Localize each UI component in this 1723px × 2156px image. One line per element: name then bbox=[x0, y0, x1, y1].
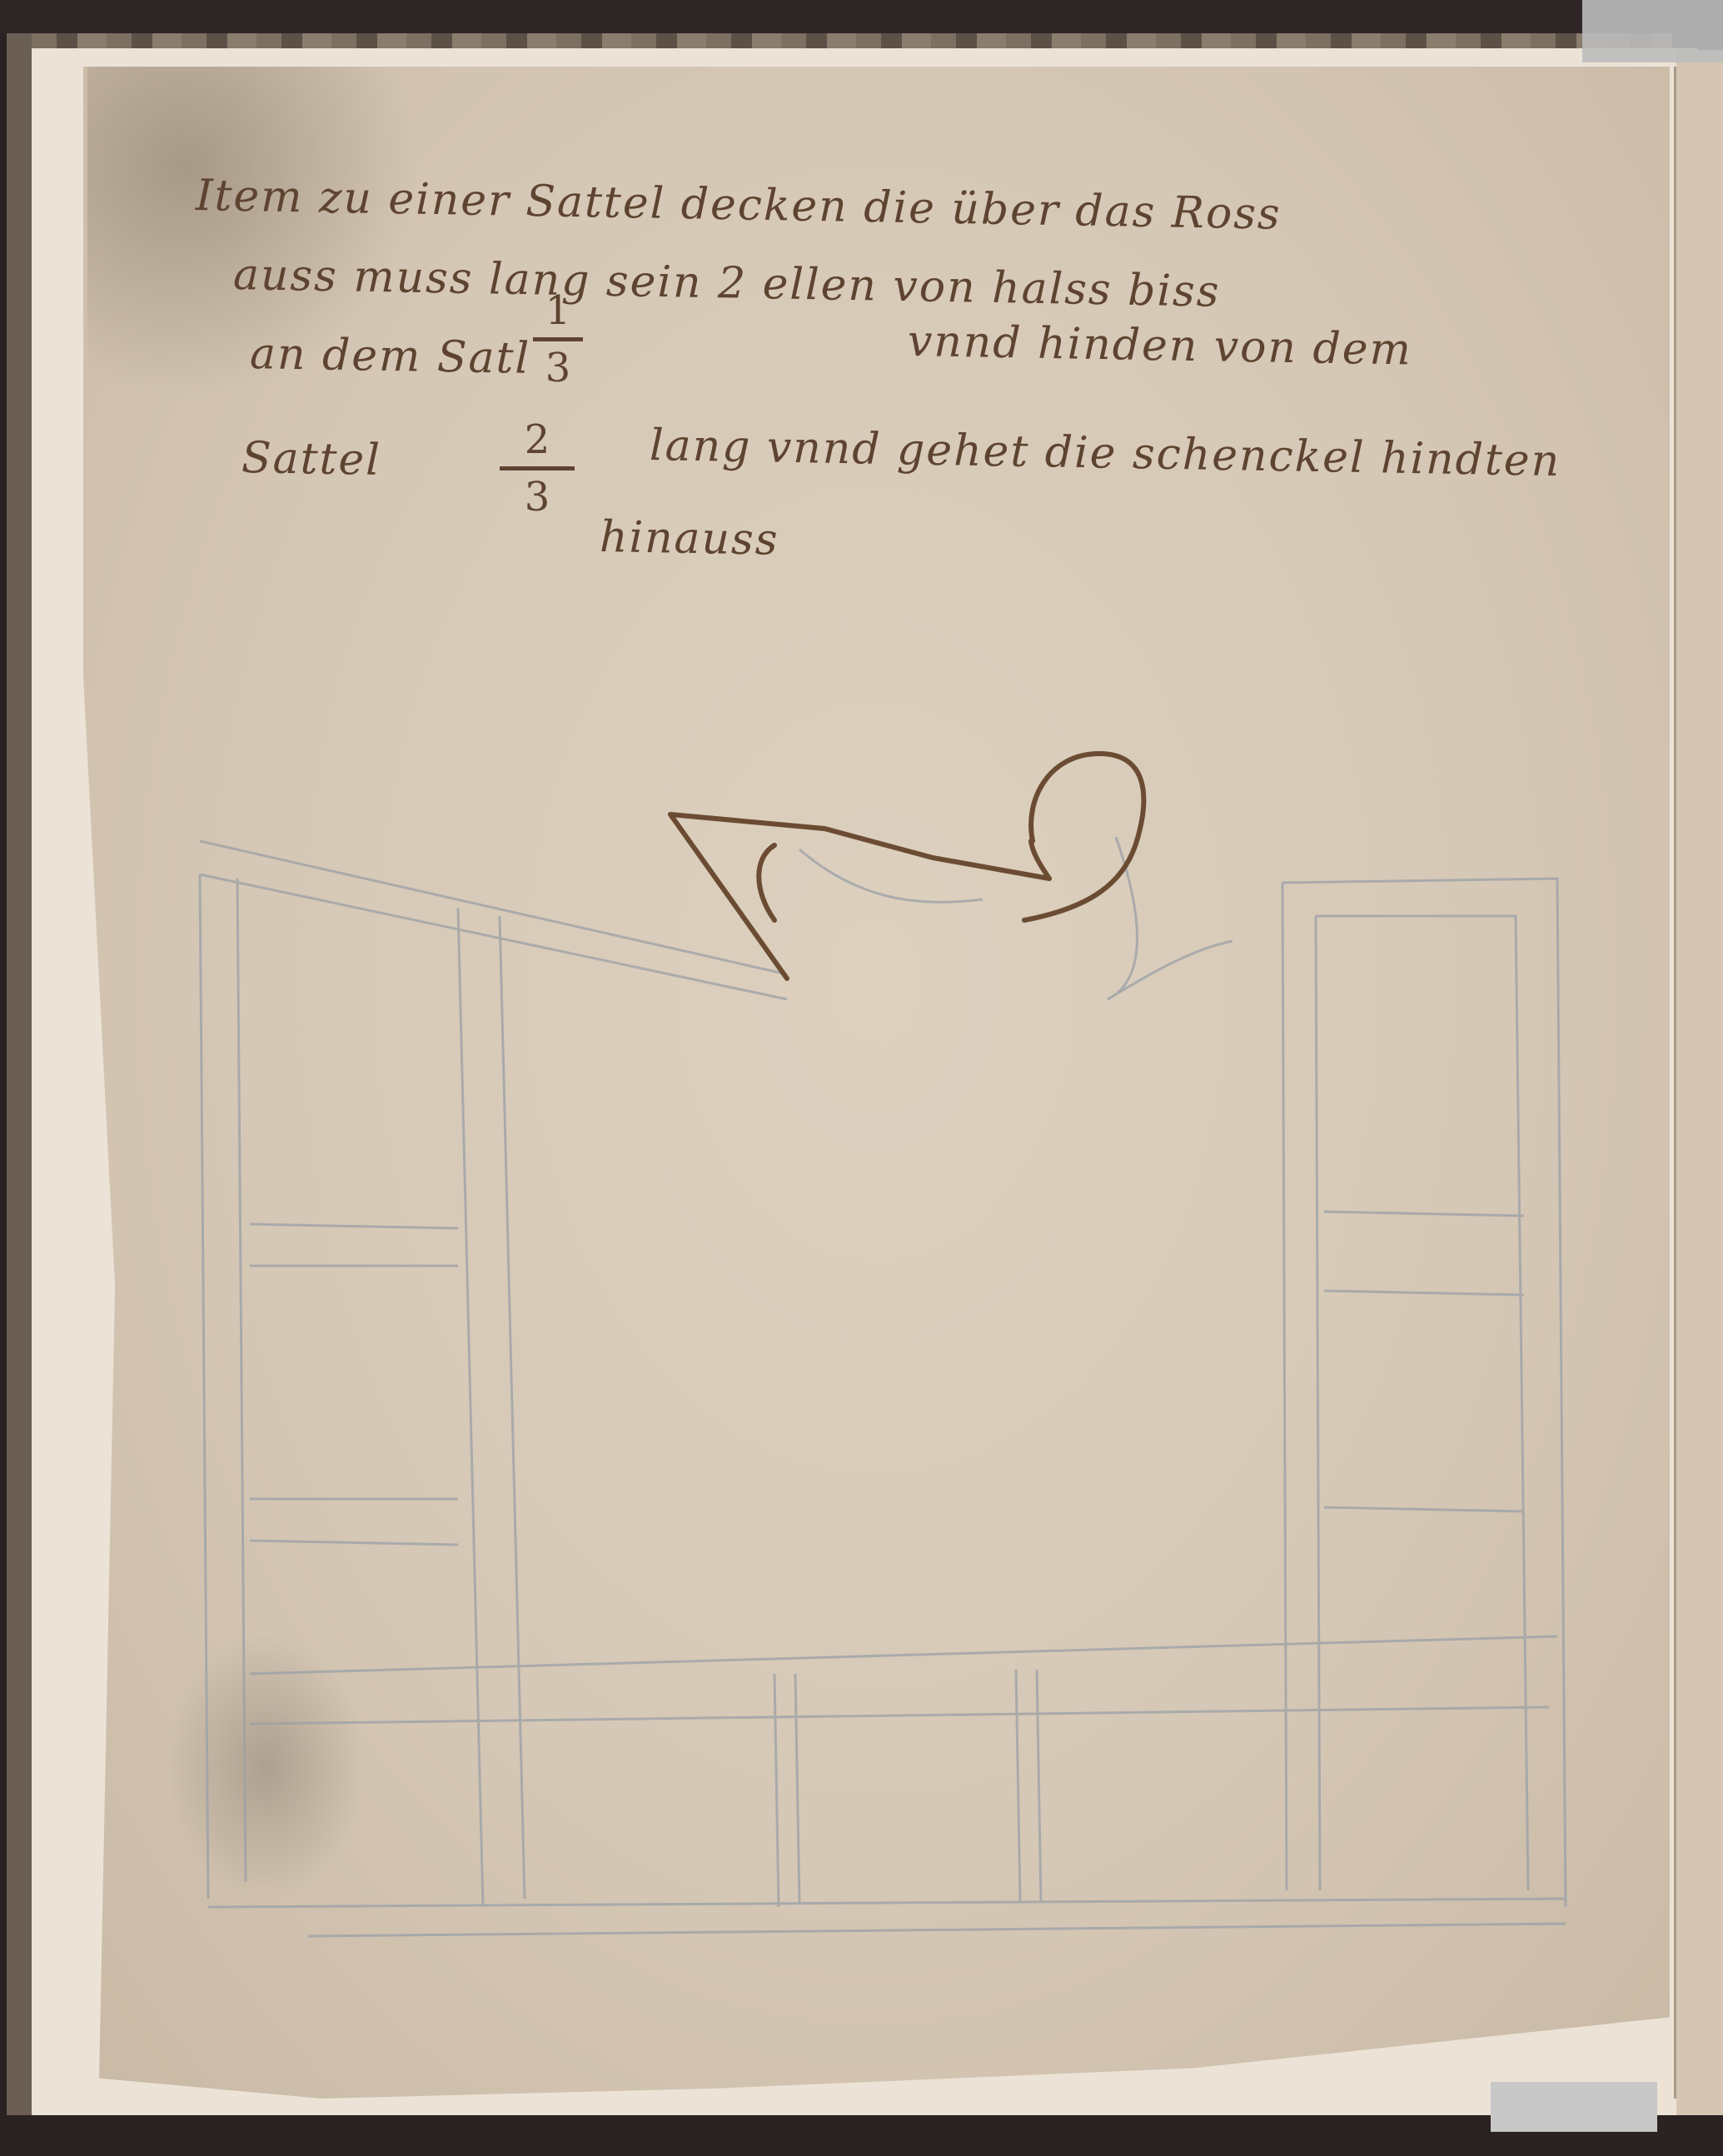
pencil-frame-drawing bbox=[200, 837, 1566, 1936]
frame-sketch bbox=[0, 0, 1723, 2156]
ink-element-drawing bbox=[670, 754, 1143, 978]
